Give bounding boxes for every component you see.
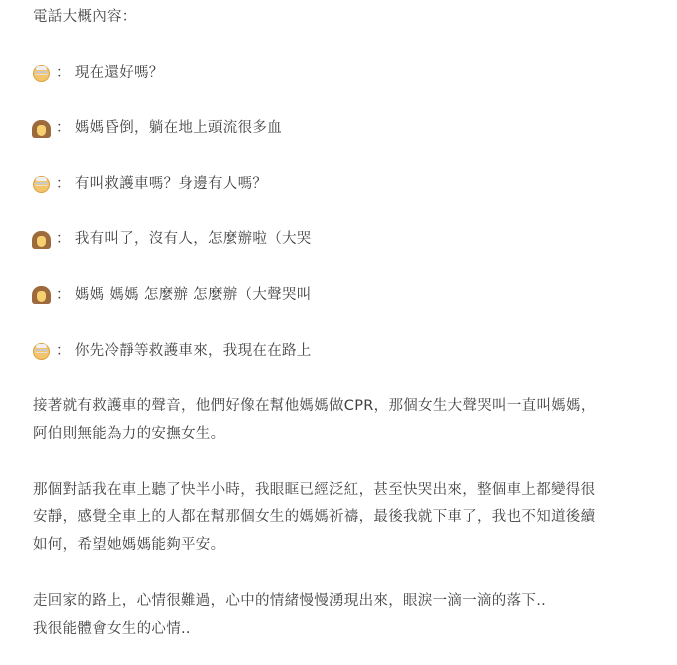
article-heading: 電話大概內容： (33, 4, 653, 32)
woman-emoji-icon (33, 232, 50, 249)
dialogue-text: 現在還好嗎？ (75, 60, 164, 88)
paragraph-line: 接著就有救護車的聲音，他們好像在幫他媽媽做CPR，那個女生大聲哭叫一直叫媽媽， (33, 393, 653, 421)
dialogue-text: 媽媽 媽媽 怎麼辦 怎麼辦（大聲哭叫 (75, 282, 312, 310)
spacer (33, 365, 653, 393)
older-man-emoji-icon (33, 65, 50, 82)
dialogue-line: ： 你先冷靜等救護車來，我現在在路上 (33, 338, 653, 366)
dialogue-text: 我有叫了，沒有人，怎麼辦啦（大哭 (75, 226, 312, 254)
older-man-emoji-icon (33, 343, 50, 360)
spacer (33, 560, 653, 588)
paragraph-line: 如何，希望她媽媽能夠平安。 (33, 532, 653, 560)
woman-emoji-icon (33, 287, 50, 304)
dialogue-text: 有叫救護車嗎？身邊有人嗎？ (75, 171, 267, 199)
paragraph-line: 那個對話我在車上聽了快半小時，我眼眶已經泛紅，甚至快哭出來，整個車上都變得很 (33, 477, 653, 505)
paragraph-line: 走回家的路上，心情很難過，心中的情緒慢慢湧現出來，眼淚一滴一滴的落下.. (33, 588, 653, 616)
spacer (33, 87, 653, 115)
paragraph: 接著就有救護車的聲音，他們好像在幫他媽媽做CPR，那個女生大聲哭叫一直叫媽媽， … (33, 393, 653, 449)
dialogue-line: ： 現在還好嗎？ (33, 60, 653, 88)
spacer (33, 310, 653, 338)
paragraph-line: 阿伯則無能為力的安撫女生。 (33, 421, 653, 449)
paragraph: 那個對話我在車上聽了快半小時，我眼眶已經泛紅，甚至快哭出來，整個車上都變得很 安… (33, 477, 653, 560)
dialogue-line: ： 媽媽 媽媽 怎麼辦 怎麼辦（大聲哭叫 (33, 282, 653, 310)
dialogue-text: 媽媽昏倒，躺在地上頭流很多血 (75, 115, 282, 143)
spacer (33, 32, 653, 60)
separator: ： (56, 226, 71, 254)
paragraph-line: 我很能體會女生的心情.. (33, 616, 653, 644)
separator: ： (56, 338, 71, 366)
separator: ： (56, 282, 71, 310)
spacer (33, 143, 653, 171)
article-body: 電話大概內容： ： 現在還好嗎？ ： 媽媽昏倒，躺在地上頭流很多血 ： 有叫救護… (0, 0, 653, 643)
dialogue-line: ： 媽媽昏倒，躺在地上頭流很多血 (33, 115, 653, 143)
spacer (33, 254, 653, 282)
spacer (33, 199, 653, 227)
separator: ： (56, 60, 71, 88)
paragraph: 走回家的路上，心情很難過，心中的情緒慢慢湧現出來，眼淚一滴一滴的落下.. 我很能… (33, 588, 653, 644)
separator: ： (56, 171, 71, 199)
dialogue-text: 你先冷靜等救護車來，我現在在路上 (75, 338, 312, 366)
woman-emoji-icon (33, 121, 50, 138)
older-man-emoji-icon (33, 176, 50, 193)
paragraph-line: 安靜，感覺全車上的人都在幫那個女生的媽媽祈禱，最後我就下車了，我也不知道後續 (33, 504, 653, 532)
dialogue-line: ： 有叫救護車嗎？身邊有人嗎？ (33, 171, 653, 199)
separator: ： (56, 115, 71, 143)
spacer (33, 449, 653, 477)
dialogue-line: ： 我有叫了，沒有人，怎麼辦啦（大哭 (33, 226, 653, 254)
